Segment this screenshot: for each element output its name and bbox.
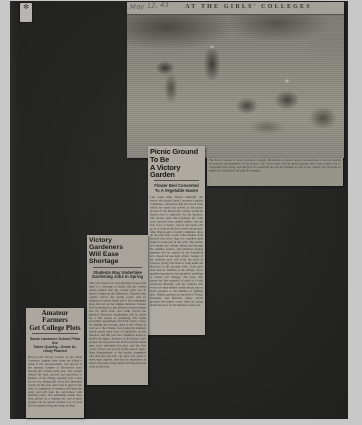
amateur-subhead-line3: ready Planted: [28, 349, 82, 353]
headline-rule: [154, 180, 199, 181]
victory-headline: Victory Gardeners Will Ease Shortage: [87, 235, 148, 266]
amateur-headline-line2: Get College Plots: [28, 325, 82, 332]
photo-clipping: May 12, 43 AT THE GIRLS' COLLEGES: [127, 2, 344, 158]
headline-rule: [93, 267, 142, 268]
photo-column-title: AT THE GIRLS' COLLEGES: [127, 4, 344, 10]
victory-body-text: This year there is no real shortage of s…: [89, 282, 146, 369]
article-victory-gardeners: Victory Gardeners Will Ease Shortage Stu…: [87, 235, 148, 385]
photo-caption-clipping: The Picnic Garden at Sarah Lawrence Coll…: [207, 158, 343, 186]
gardening-photo: [127, 15, 344, 158]
scanned-scrapbook-page: ✻ May 12, 43 AT THE GIRLS' COLLEGES The …: [0, 0, 362, 425]
victory-subhead: Students May Undertake Gardening Jobs In…: [87, 269, 148, 282]
victory-subhead-line2: Gardening Jobs In Spring: [89, 275, 146, 280]
amateur-subhead: Sarah Lawrence School Plots Are Taken Qu…: [26, 335, 84, 355]
corner-sticker: ✻: [20, 3, 32, 22]
amateur-body-text: Plots in the Victory Garden on the Sarah…: [28, 356, 82, 408]
picnic-headline-line1: Picnic Ground To Be: [150, 148, 203, 164]
picnic-headline: Picnic Ground To Be A Victory Garden: [148, 146, 205, 179]
picnic-subhead: Flower Bed Converted To A Vegetable Have…: [148, 182, 205, 195]
picnic-headline-line2: A Victory Garden: [150, 164, 203, 180]
victory-headline-line1: Victory Gardeners: [89, 237, 146, 251]
photo-clipping-header: May 12, 43 AT THE GIRLS' COLLEGES: [127, 2, 344, 15]
article-picnic-ground: Picnic Ground To Be A Victory Garden Flo…: [148, 146, 205, 335]
amateur-headline-line1: Amateur Farmers: [28, 310, 82, 325]
amateur-headline: Amateur Farmers Get College Plots: [26, 308, 84, 332]
picnic-subhead-line2: To A Vegetable Haven: [150, 189, 203, 194]
sticker-mark: ✻: [20, 3, 32, 12]
article-amateur-farmers: Amateur Farmers Get College Plots Sarah …: [26, 308, 84, 418]
amateur-subhead-line1: Sarah Lawrence School Plots Are: [28, 337, 82, 345]
photo-caption-text: The Picnic Garden at Sarah Lawrence Coll…: [209, 159, 341, 173]
headline-rule: [32, 333, 78, 334]
victory-headline-line2: Will Ease Shortage: [89, 251, 146, 265]
picnic-body-text: Last week Miss Warren DeKrafft, the seni…: [150, 196, 203, 307]
